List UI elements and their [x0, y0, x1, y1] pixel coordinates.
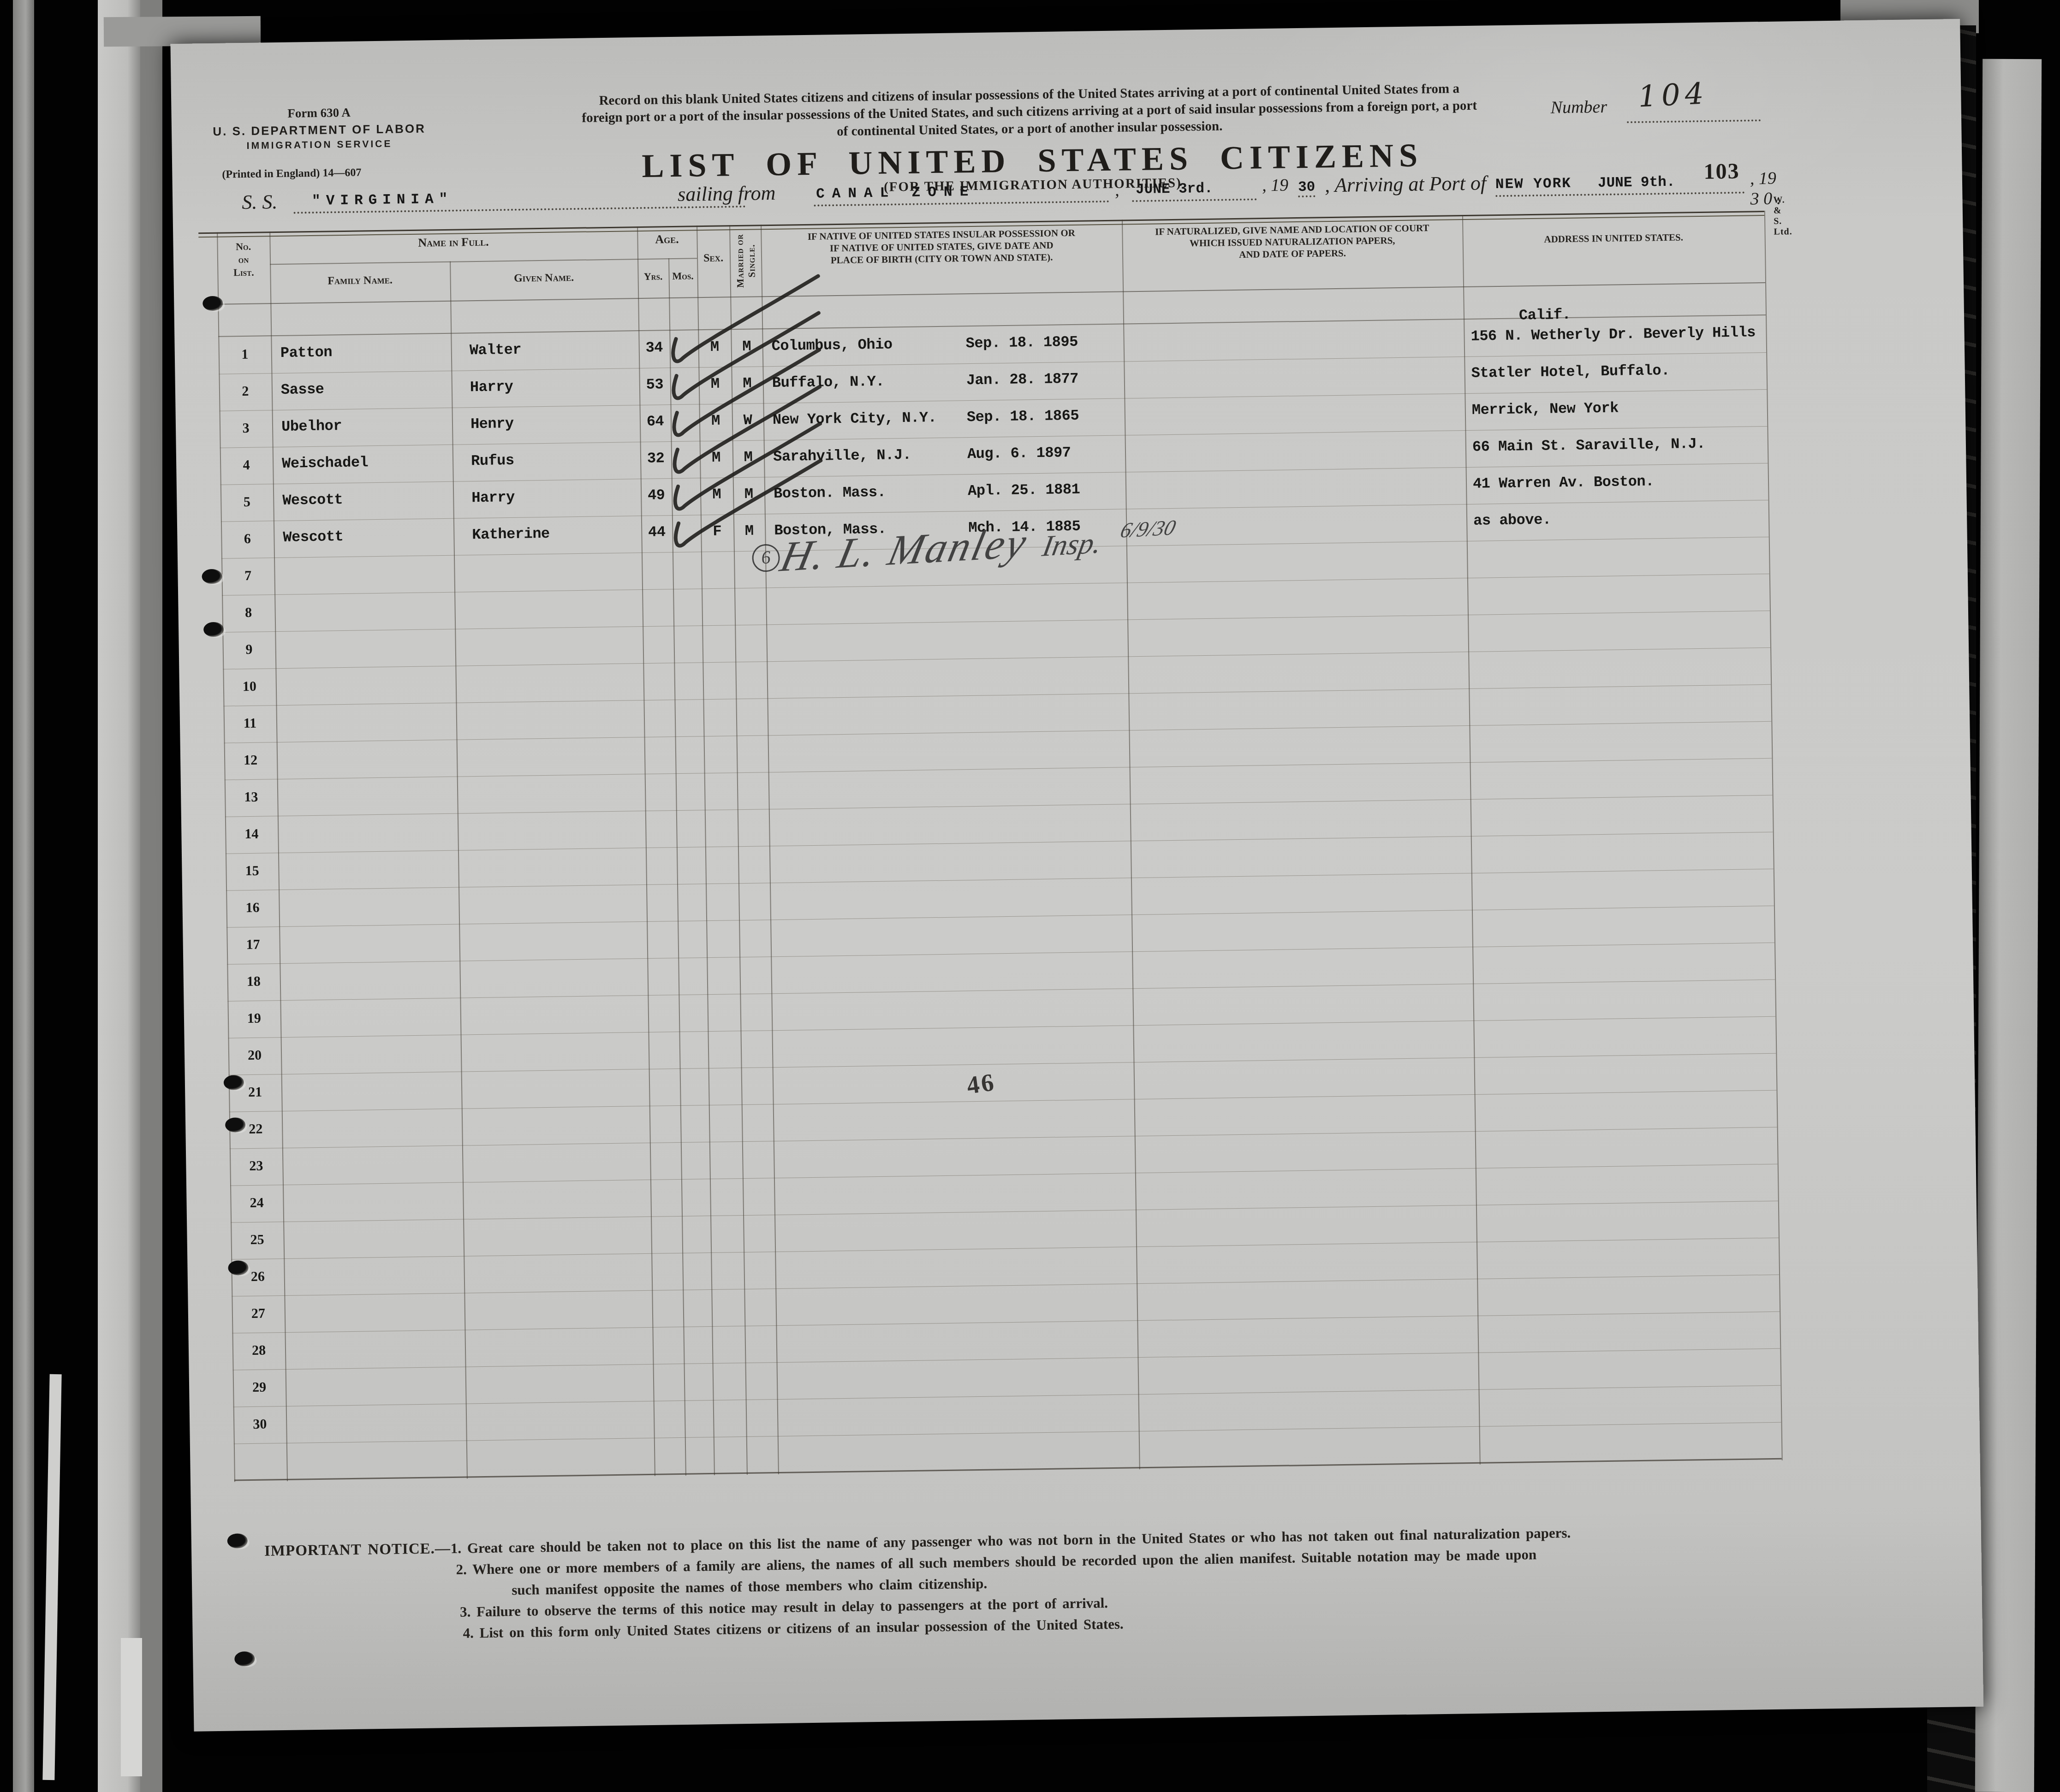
punch-hole [234, 1651, 255, 1667]
col-header-family-name: Family Name. [270, 273, 450, 288]
manifest-page: Form 630 A U. S. DEPARTMENT OF LABOR IMM… [170, 19, 1983, 1732]
paper-edge-strip [121, 1638, 142, 1776]
sheet-number-rule [1626, 95, 1761, 123]
sailing-date: JUNE 3rd. [1136, 181, 1213, 198]
sailing-year-prefix: , 19 [1262, 175, 1289, 196]
col-header-age: Age. [637, 232, 697, 247]
check-stroke [673, 350, 820, 435]
col-header-yrs: Yrs. [637, 270, 668, 283]
sheet-number-label: Number [1550, 97, 1607, 118]
sailing-port: CANAL ZONE [816, 184, 976, 202]
sailing-port-rule: CANAL ZONE [814, 175, 1109, 207]
arrival-port-rule: NEW YORK JUNE 9th. [1495, 166, 1745, 197]
col-header-birth: IF NATIVE OF UNITED STATES INSULAR POSSE… [761, 226, 1122, 267]
col-header-naturalized: IF NATURALIZED, GIVE NAME AND LOCATION O… [1122, 221, 1463, 262]
check-stroke [673, 313, 820, 398]
service-name: IMMIGRATION SERVICE [211, 138, 428, 152]
paper-edge-strip [42, 1374, 61, 1780]
paper-edge-strip [1975, 59, 2042, 1792]
arrival-port: NEW YORK [1495, 176, 1572, 193]
inspector-title: Insp. [1040, 526, 1105, 564]
important-notice: IMPORTANT NOTICE.—1. Great care should b… [264, 1519, 1788, 1647]
col-header-sex: Sex. [697, 252, 730, 265]
sailing-year: 30 [1298, 179, 1316, 198]
paper-edge-strip [13, 0, 34, 1792]
col-header-married-or-single: Married or Single. [734, 227, 758, 295]
printed-in-england-note: (Printed in England) 14—607 [222, 166, 361, 181]
check-stroke [674, 424, 822, 509]
check-stroke [673, 387, 821, 472]
ship-name: "VIRGINIA" [312, 191, 453, 209]
tally-stamp: 46 [965, 1068, 997, 1100]
notice-label: IMPORTANT NOTICE.— [264, 1540, 451, 1560]
pen-check-strokes [218, 314, 1781, 1443]
sailing-from-label: sailing from [678, 181, 776, 206]
paper-edge-strip [104, 16, 261, 47]
punch-hole [203, 622, 224, 637]
header-sub-rule [270, 258, 697, 265]
paper-edge-strip [98, 0, 140, 1792]
paper-edge-strip [140, 0, 162, 1792]
punch-hole [227, 1533, 248, 1549]
scanned-document: Form 630 A U. S. DEPARTMENT OF LABOR IMM… [0, 0, 2060, 1792]
inspection-date: 6/9/30 [1118, 515, 1179, 543]
ss-label: S. S. [242, 190, 278, 214]
arrival-date: JUNE 9th. [1598, 174, 1675, 191]
form-instructions: Record on this blank United States citiz… [506, 79, 1553, 145]
sailing-date-rule: JUNE 3rd. [1132, 172, 1257, 202]
form-number: Form 630 A [222, 104, 416, 122]
circled-count: 6 [751, 543, 780, 572]
col-header-address: ADDRESS IN UNITED STATES. [1462, 230, 1764, 246]
punch-hole [202, 569, 222, 584]
printer-mark: W. & S. Ltd. [1773, 195, 1792, 237]
col-header-no-on-list: No. on List. [217, 240, 270, 279]
department-name: U. S. DEPARTMENT OF LABOR [211, 121, 428, 139]
col-header-given-name: Given Name. [450, 271, 637, 286]
arriving-label: , Arriving at Port of [1325, 171, 1487, 197]
col-header-mos: Mos. [668, 270, 697, 282]
comma: , [1115, 180, 1119, 200]
punch-hole [202, 296, 223, 311]
